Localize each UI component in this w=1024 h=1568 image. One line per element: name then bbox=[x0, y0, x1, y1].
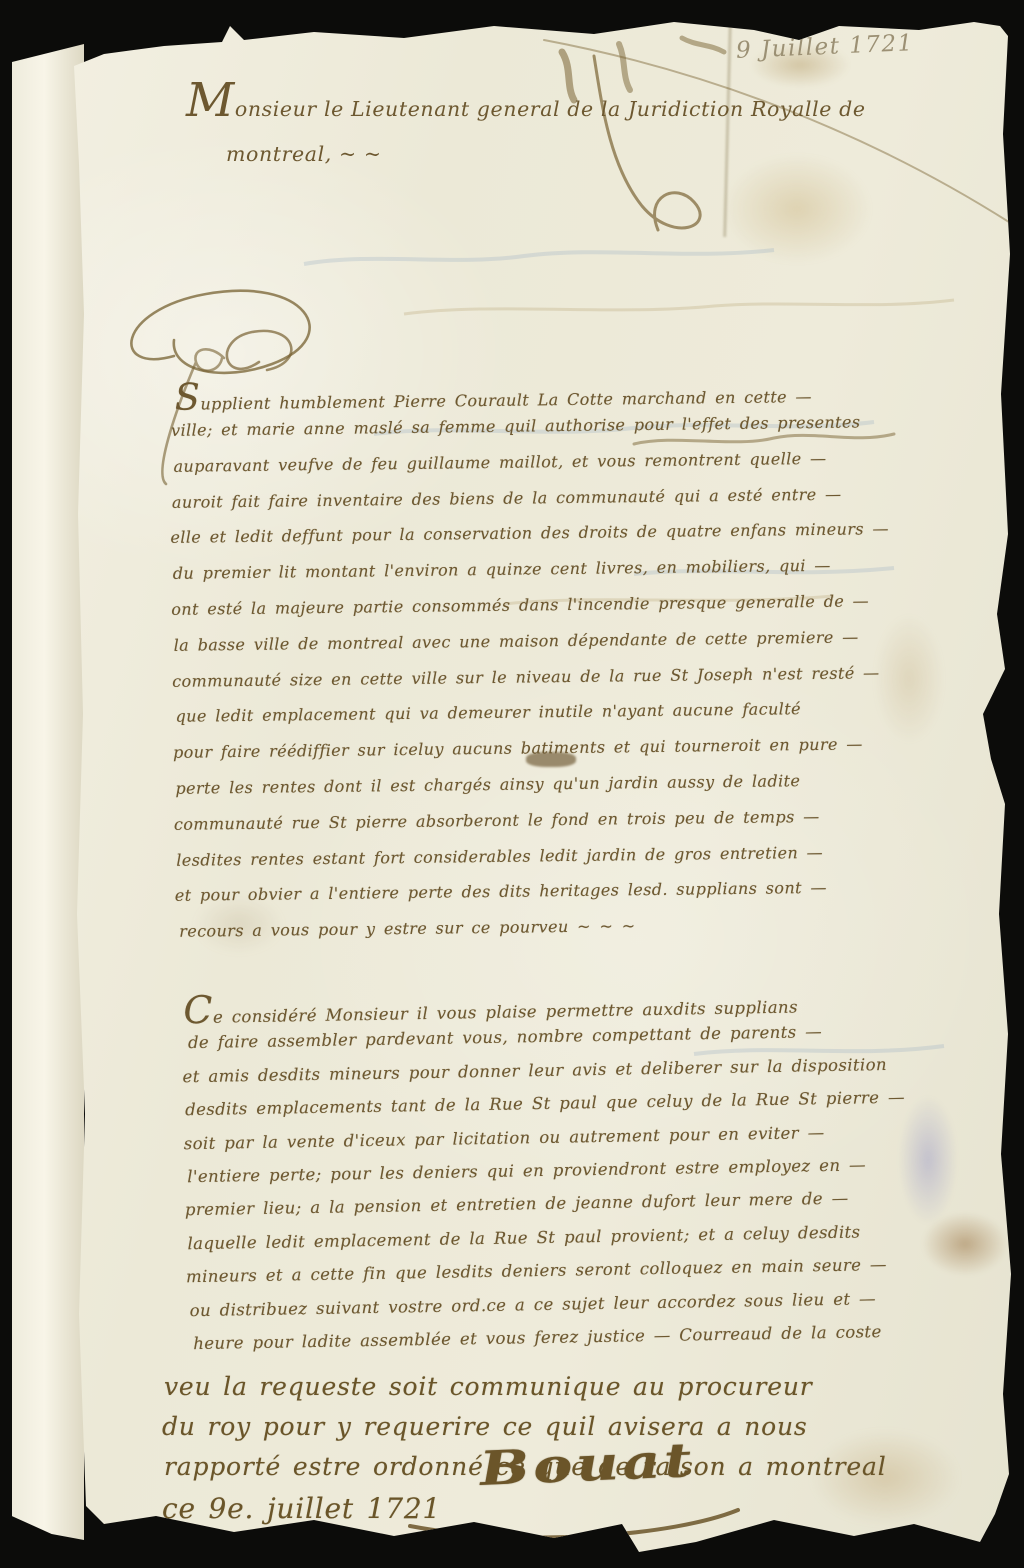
manuscript-line: de faire assembler pardevant vous, nombr… bbox=[188, 1022, 822, 1052]
manuscript-line: ou distribuez suivant vostre ord.ce a ce… bbox=[189, 1289, 876, 1320]
manuscript-line: du premier lit montant l'environ a quinz… bbox=[173, 556, 831, 583]
manuscript-line: pour faire réédiffier sur iceluy aucuns … bbox=[173, 734, 863, 761]
manuscript-line: perte les rentes dont il est chargés ain… bbox=[175, 771, 800, 798]
judge-signature: Bouat bbox=[478, 1433, 697, 1497]
manuscript-line: veu la requeste soit communique au procu… bbox=[164, 1372, 813, 1401]
manuscript-line: recours a vous pour y estre sur ce pourv… bbox=[179, 916, 635, 941]
manuscript-line: et pour obvier a l'entiere perte des dit… bbox=[175, 878, 827, 905]
manuscript-line: desdits emplacements tant de la Rue St p… bbox=[185, 1088, 905, 1120]
manuscript-line: ont esté la majeure partie consommés dan… bbox=[171, 591, 869, 619]
manuscript-line: auroit fait faire inventaire des biens d… bbox=[172, 485, 842, 512]
manuscript-line: ville; et marie anne maslé sa femme quil… bbox=[171, 412, 861, 439]
stain-right-brown bbox=[922, 1212, 1008, 1276]
request-paragraph: Ce considéré Monsieur il vous plaise per… bbox=[74, 0, 1014, 14]
manuscript-line: laquelle ledit emplacement de la Rue St … bbox=[187, 1222, 860, 1253]
manuscript-line: mineurs et a cette fin que lesdits denie… bbox=[186, 1255, 887, 1286]
manuscript-line: que ledit emplacement qui va demeurer in… bbox=[175, 699, 801, 726]
manuscript-line: Ce considéré Monsieur il vous plaise per… bbox=[183, 987, 798, 1028]
manuscript-line: premier lieu; a la pension et entretien … bbox=[185, 1189, 849, 1220]
manuscript-line: auparavant veufve de feu guillaume maill… bbox=[173, 449, 826, 476]
paper-crease bbox=[723, 22, 732, 237]
ordonnance-date-line: ce 9e. juillet 1721 bbox=[162, 1492, 441, 1525]
manuscript-line: la basse ville de montreal avec une mais… bbox=[174, 627, 859, 654]
manuscript-line: l'entiere perte; pour les deniers qui en… bbox=[187, 1155, 866, 1186]
manuscript-line: du roy pour y requerire ce quil avisera … bbox=[162, 1412, 808, 1441]
petition-paragraph: Supplient humblement Pierre Courault La … bbox=[74, 3, 1014, 14]
date-annotation: 9 Juillet 1721 bbox=[736, 30, 915, 64]
under-page-edge bbox=[12, 44, 84, 1540]
manuscript-line: communauté rue St pierre absorberont le … bbox=[174, 807, 820, 834]
manuscript-line: soit par la vente d'iceux par licitation… bbox=[184, 1123, 825, 1153]
manuscript-line: Supplient humblement Pierre Courault La … bbox=[175, 377, 812, 414]
signature-flourish bbox=[410, 1510, 738, 1537]
stain-top-center bbox=[722, 154, 872, 264]
manuscript-line: lesdites rentes estant fort considerable… bbox=[176, 843, 823, 870]
manuscript-page: 9 Juillet 1721 Monsieur le Lieutenant ge… bbox=[74, 14, 1014, 1554]
manuscript-line: et amis desdits mineurs pour donner leur… bbox=[182, 1055, 887, 1086]
manuscript-line: heure pour ladite assemblée et vous fere… bbox=[193, 1322, 882, 1353]
manuscript-line: communauté size en cette ville sur le ni… bbox=[172, 663, 880, 691]
manuscript-line: elle et ledit deffunt pour la conservati… bbox=[170, 519, 889, 547]
scan-background: 9 Juillet 1721 Monsieur le Lieutenant ge… bbox=[0, 0, 1024, 1568]
blue-stamp-mark bbox=[896, 1090, 960, 1230]
salutation-place: montreal, ~ ~ bbox=[226, 142, 382, 166]
salutation-line: Monsieur le Lieutenant general de la Jur… bbox=[186, 84, 866, 121]
stain-right-mid bbox=[874, 614, 944, 744]
